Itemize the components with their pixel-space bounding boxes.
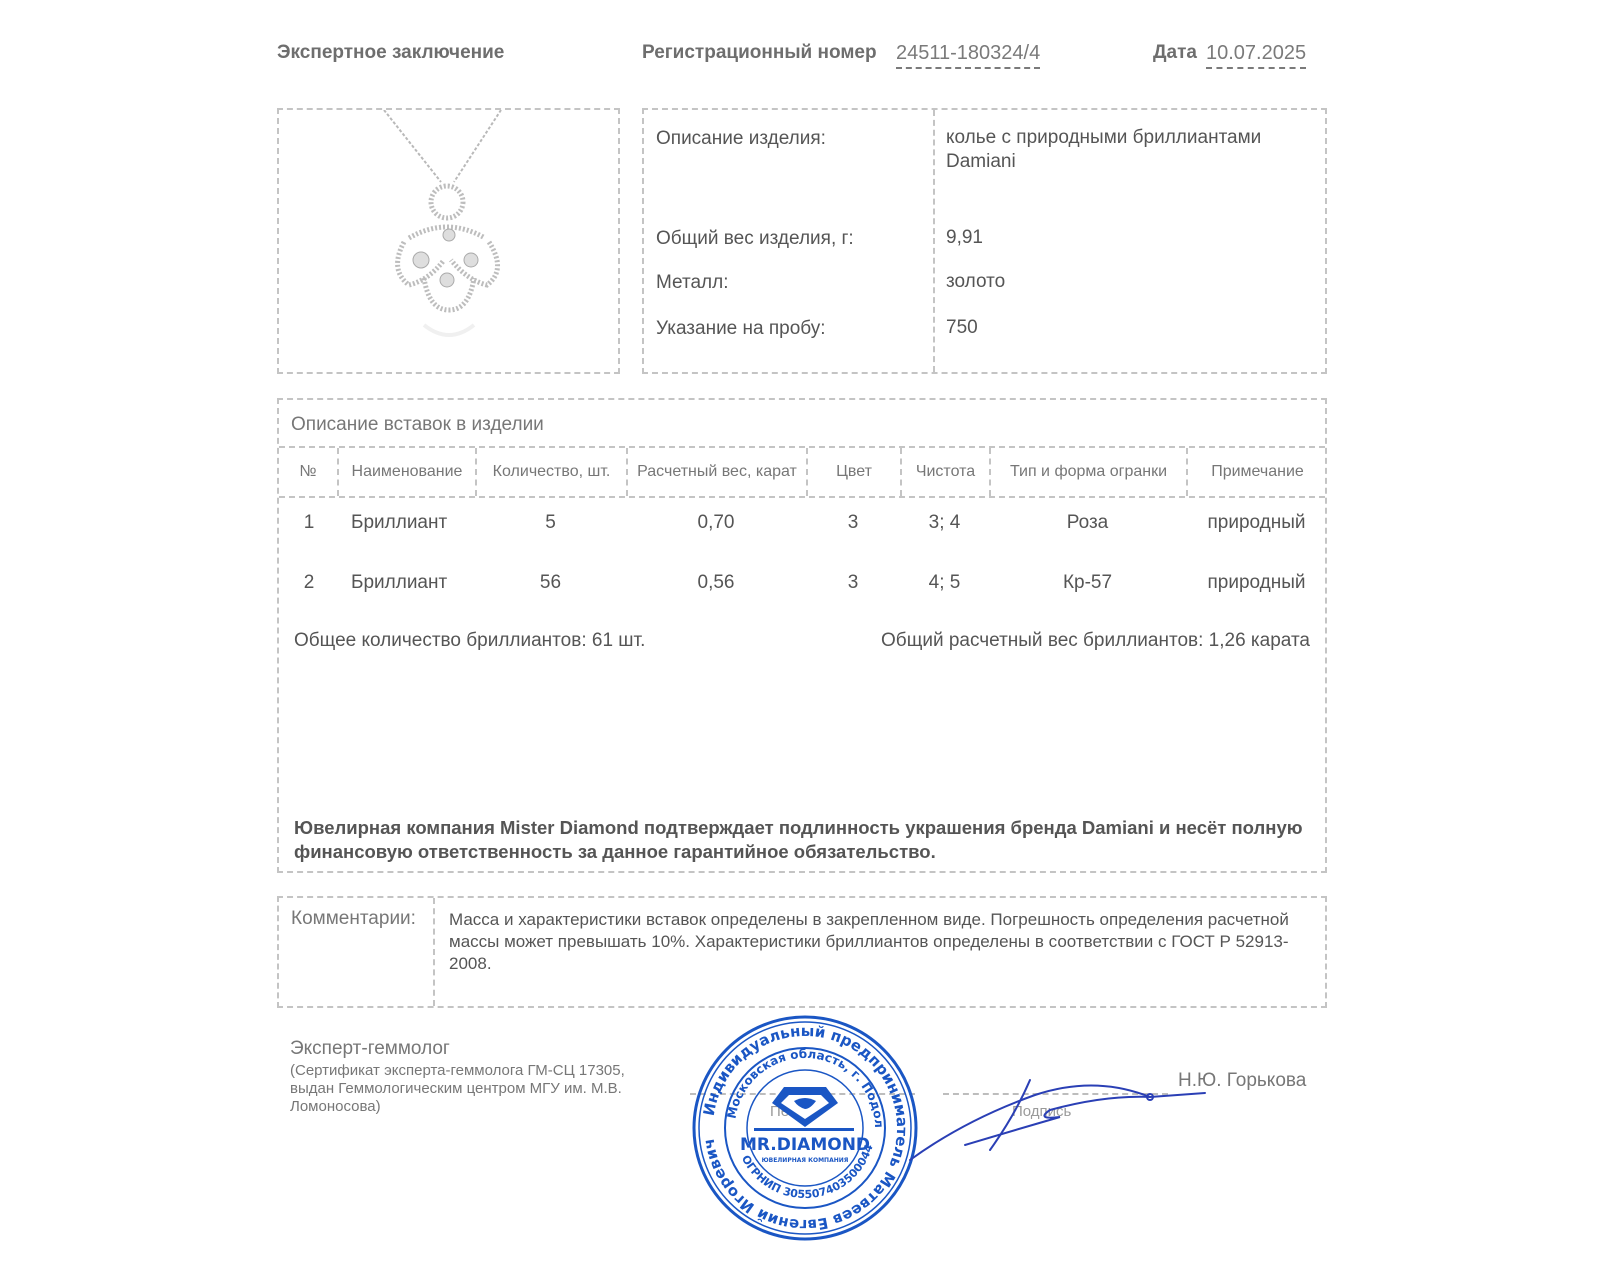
expert-certificate: (Сертификат эксперта-геммолога ГМ-СЦ 173… bbox=[290, 1062, 670, 1116]
product-info-box: Описание изделия: колье с природными бри… bbox=[642, 108, 1327, 374]
inserts-box: Описание вставок в изделии № Наименовани… bbox=[277, 398, 1327, 873]
guarantee-statement: Ювелирная компания Mister Diamond подтве… bbox=[294, 816, 1304, 864]
company-stamp-icon: Индивидуальный предприниматель Матвеев Е… bbox=[692, 1015, 918, 1241]
svg-text:MR.DIAMOND: MR.DIAMOND bbox=[740, 1135, 870, 1155]
info-divider bbox=[933, 110, 935, 372]
total-count: Общее количество бриллиантов: 61 шт. bbox=[294, 630, 645, 652]
col-count: Количество, шт. bbox=[475, 448, 626, 496]
metal-label: Металл: bbox=[656, 272, 728, 294]
hallmark-label: Указание на пробу: bbox=[656, 318, 826, 340]
col-name: Наименование bbox=[337, 448, 475, 496]
expert-title: Эксперт-геммолог bbox=[290, 1038, 450, 1060]
cell-color: 3 bbox=[806, 508, 900, 538]
cell-name: Бриллиант bbox=[351, 508, 447, 538]
weight-value: 9,91 bbox=[946, 226, 1316, 250]
description-value: колье с природными бриллиантами Damiani bbox=[946, 126, 1316, 174]
col-color: Цвет bbox=[806, 448, 900, 496]
comments-divider bbox=[433, 898, 435, 1006]
cell-weight: 0,56 bbox=[626, 568, 806, 598]
svg-text:ЮВЕЛИРНАЯ КОМПАНИЯ: ЮВЕЛИРНАЯ КОМПАНИЯ bbox=[762, 1157, 849, 1164]
total-weight: Общий расчетный вес бриллиантов: 1,26 ка… bbox=[881, 630, 1310, 652]
hallmark-value: 750 bbox=[946, 316, 1316, 340]
metal-value: золото bbox=[946, 270, 1316, 294]
date-value: 10.07.2025 bbox=[1206, 42, 1306, 69]
cell-cut: Роза bbox=[989, 508, 1186, 538]
inserts-title: Описание вставок в изделии bbox=[291, 414, 544, 436]
inserts-table-header: № Наименование Количество, шт. Расчетный… bbox=[279, 446, 1325, 498]
table-row: 2 Бриллиант 56 0,56 3 4; 5 Кр-57 природн… bbox=[279, 568, 1325, 598]
cell-weight: 0,70 bbox=[626, 508, 806, 538]
col-clarity: Чистота bbox=[900, 448, 989, 496]
col-number: № bbox=[279, 448, 337, 496]
table-row: 1 Бриллиант 5 0,70 3 3; 4 Роза природный bbox=[279, 508, 1325, 538]
weight-label: Общий вес изделия, г: bbox=[656, 228, 854, 250]
cell-clarity: 4; 5 bbox=[900, 568, 989, 598]
cell-clarity: 3; 4 bbox=[900, 508, 989, 538]
cell-number: 1 bbox=[279, 508, 339, 538]
cell-color: 3 bbox=[806, 568, 900, 598]
col-cut: Тип и форма огранки bbox=[989, 448, 1186, 496]
comments-box: Комментарии: Масса и характеристики вста… bbox=[277, 896, 1327, 1008]
cell-note: природный bbox=[1186, 508, 1327, 538]
description-label: Описание изделия: bbox=[656, 128, 826, 150]
cell-note: природный bbox=[1186, 568, 1327, 598]
registration-number: 24511-180324/4 bbox=[896, 42, 1040, 69]
cell-number: 2 bbox=[279, 568, 339, 598]
col-weight: Расчетный вес, карат bbox=[626, 448, 806, 496]
cell-count: 56 bbox=[475, 568, 626, 598]
cell-cut: Кр-57 bbox=[989, 568, 1186, 598]
document-title: Экспертное заключение bbox=[277, 42, 504, 64]
comments-text: Масса и характеристики вставок определен… bbox=[449, 909, 1319, 975]
comments-label: Комментарии: bbox=[291, 908, 416, 930]
necklace-image bbox=[279, 110, 618, 372]
cell-count: 5 bbox=[475, 508, 626, 538]
registration-label: Регистрационный номер bbox=[642, 42, 877, 64]
cell-name: Бриллиант bbox=[351, 568, 447, 598]
signature-icon bbox=[905, 1075, 1245, 1170]
date-label: Дата bbox=[1153, 42, 1197, 64]
col-note: Примечание bbox=[1186, 448, 1327, 496]
product-image-box bbox=[277, 108, 620, 374]
